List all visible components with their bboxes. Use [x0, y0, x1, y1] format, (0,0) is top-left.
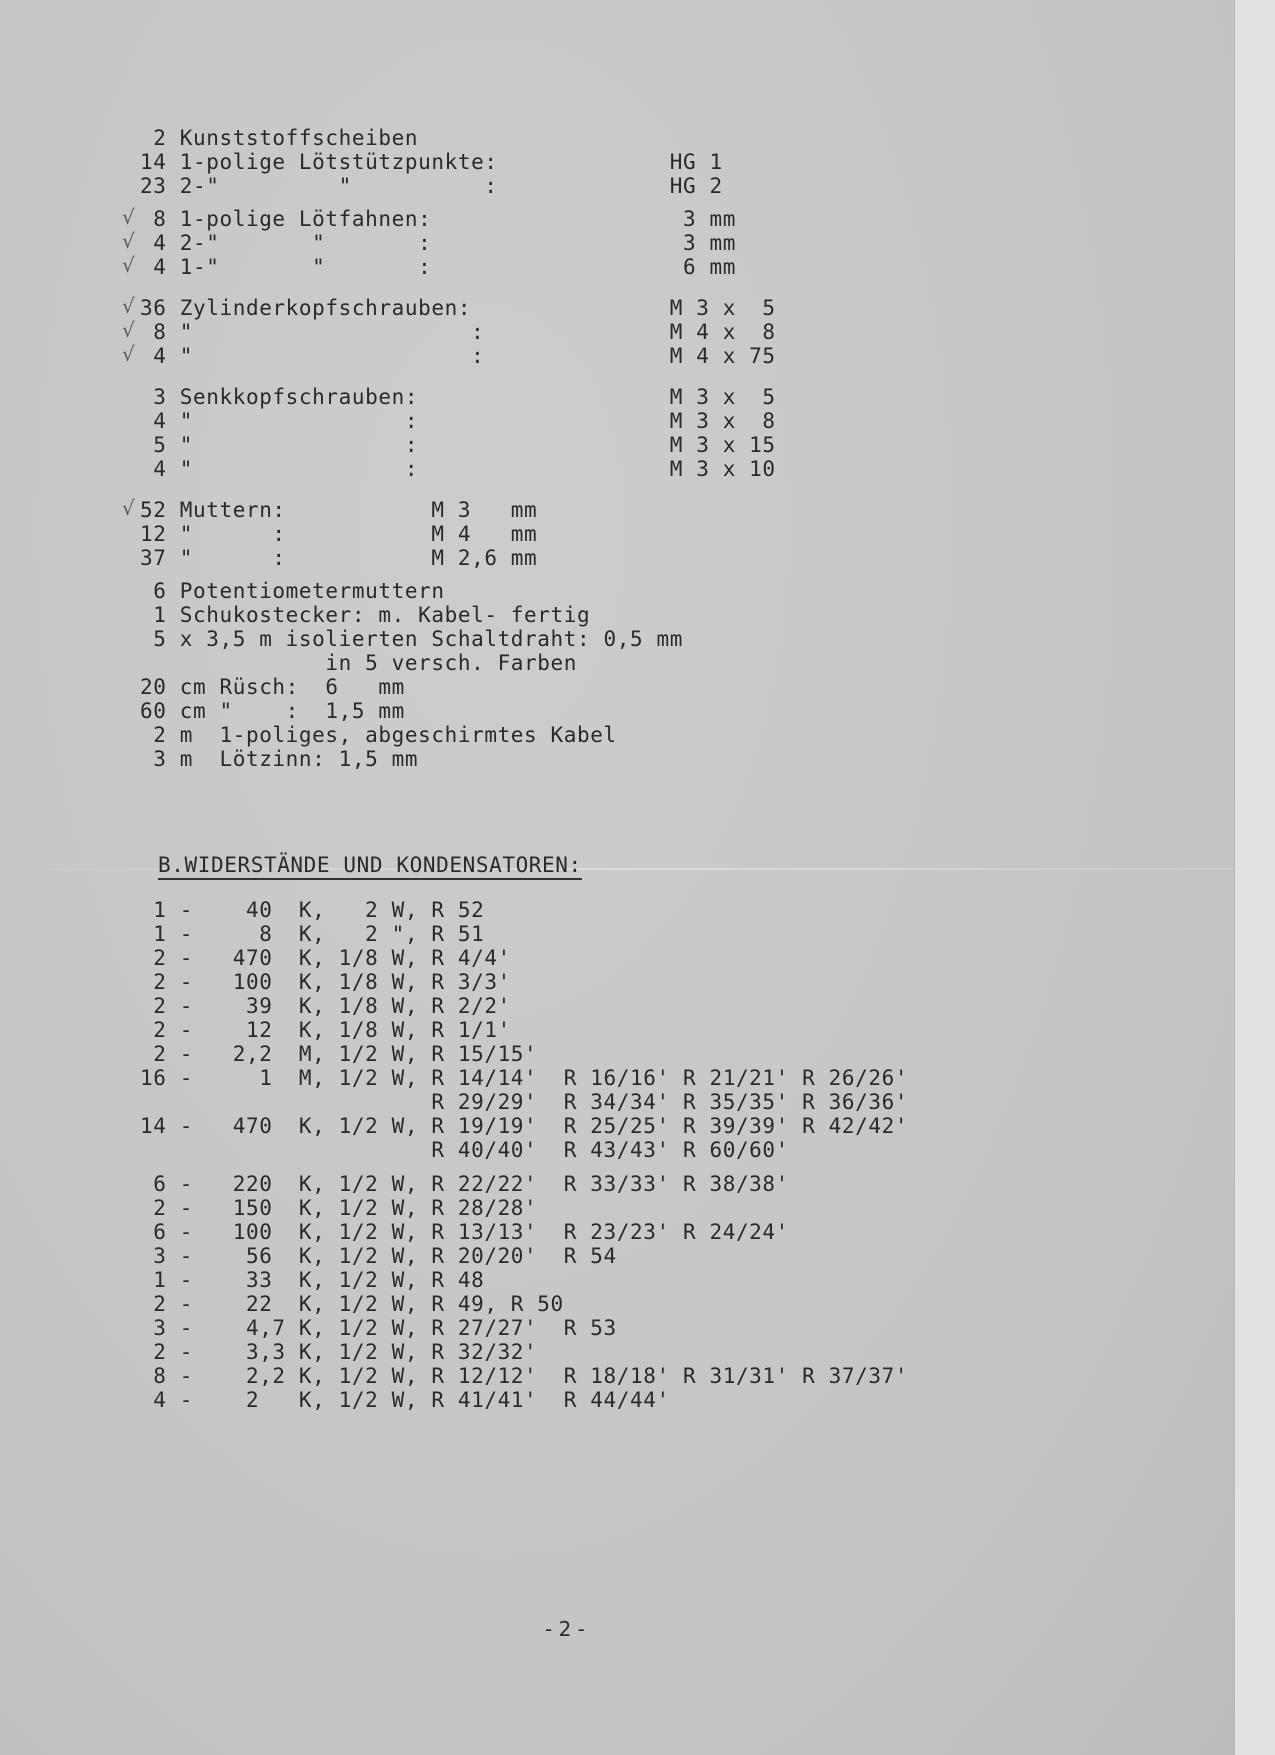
parts-list-item: 2 m 1-poliges, abgeschirmtes Kabel: [140, 723, 617, 747]
parts-list-item: 8 " : M 4 x 8: [140, 320, 776, 344]
parts-list-item: 1 Schukostecker: m. Kabel- fertig: [140, 603, 590, 627]
resistor-row: 2 - 470 K, 1/8 W, R 4/4': [140, 946, 511, 970]
resistor-row: 3 - 4,7 K, 1/2 W, R 27/27' R 53: [140, 1316, 617, 1340]
parts-list-item: 20 cm Rüsch: 6 mm: [140, 675, 405, 699]
parts-list-item: 37 " : M 2,6 mm: [140, 546, 537, 570]
parts-list-item: 4 " : M 4 x 75: [140, 344, 776, 368]
parts-list-item: 8 1-polige Lötfahnen: 3 mm: [140, 207, 736, 231]
resistor-row: 1 - 40 K, 2 W, R 52: [140, 898, 484, 922]
parts-list-item: 23 2-" " : HG 2: [140, 174, 723, 198]
pencil-check-icon: √: [122, 342, 135, 366]
resistor-row: 2 - 39 K, 1/8 W, R 2/2': [140, 994, 511, 1018]
resistor-row: 1 - 8 K, 2 ", R 51: [140, 922, 484, 946]
parts-list-item: 3 m Lötzinn: 1,5 mm: [140, 747, 418, 771]
parts-list-item: 36 Zylinderkopfschrauben: M 3 x 5: [140, 296, 776, 320]
parts-list-item: 14 1-polige Lötstützpunkte: HG 1: [140, 150, 723, 174]
paper-edge: [1234, 0, 1275, 1755]
pencil-check-icon: √: [122, 294, 135, 318]
resistor-row: 2 - 2,2 M, 1/2 W, R 15/15': [140, 1042, 537, 1066]
pencil-check-icon: √: [122, 318, 135, 342]
parts-list-item: in 5 versch. Farben: [140, 651, 577, 675]
resistor-row: 6 - 100 K, 1/2 W, R 13/13' R 23/23' R 24…: [140, 1220, 789, 1244]
pencil-check-icon: √: [122, 496, 135, 520]
parts-list-item: 4 " : M 3 x 8: [140, 409, 776, 433]
section-b-heading: B.WIDERSTÄNDE UND KONDENSATOREN:: [158, 853, 582, 880]
parts-list-item: 5 " : M 3 x 15: [140, 433, 776, 457]
parts-list-item: 52 Muttern: M 3 mm: [140, 498, 537, 522]
resistor-row: 3 - 56 K, 1/2 W, R 20/20' R 54: [140, 1244, 617, 1268]
parts-list-item: 4 2-" " : 3 mm: [140, 231, 736, 255]
resistor-row: 14 - 470 K, 1/2 W, R 19/19' R 25/25' R 3…: [140, 1114, 908, 1138]
resistor-row: 2 - 150 K, 1/2 W, R 28/28': [140, 1196, 537, 1220]
resistor-row: 2 - 22 K, 1/2 W, R 49, R 50: [140, 1292, 564, 1316]
page-number: - 2 -: [545, 1617, 585, 1641]
parts-list-item: 4 1-" " : 6 mm: [140, 255, 736, 279]
resistor-row: 16 - 1 M, 1/2 W, R 14/14' R 16/16' R 21/…: [140, 1066, 908, 1090]
resistor-row: 8 - 2,2 K, 1/2 W, R 12/12' R 18/18' R 31…: [140, 1364, 908, 1388]
parts-list-item: 6 Potentiometermuttern: [140, 579, 445, 603]
parts-list-item: 2 Kunststoffscheiben: [140, 126, 418, 150]
resistor-row: R 40/40' R 43/43' R 60/60': [140, 1138, 789, 1162]
pencil-check-icon: √: [122, 253, 135, 277]
resistor-row: 6 - 220 K, 1/2 W, R 22/22' R 33/33' R 38…: [140, 1172, 789, 1196]
resistor-row: R 29/29' R 34/34' R 35/35' R 36/36': [140, 1090, 908, 1114]
resistor-row: 2 - 3,3 K, 1/2 W, R 32/32': [140, 1340, 537, 1364]
parts-list-item: 3 Senkkopfschrauben: M 3 x 5: [140, 385, 776, 409]
resistor-row: 2 - 12 K, 1/8 W, R 1/1': [140, 1018, 511, 1042]
parts-list-item: 5 x 3,5 m isolierten Schaltdraht: 0,5 mm: [140, 627, 683, 651]
resistor-row: 4 - 2 K, 1/2 W, R 41/41' R 44/44': [140, 1388, 670, 1412]
parts-list-item: 60 cm " : 1,5 mm: [140, 699, 405, 723]
pencil-check-icon: √: [122, 229, 135, 253]
resistor-row: 1 - 33 K, 1/2 W, R 48: [140, 1268, 484, 1292]
pencil-check-icon: √: [122, 205, 135, 229]
resistor-row: 2 - 100 K, 1/8 W, R 3/3': [140, 970, 511, 994]
parts-list-item: 4 " : M 3 x 10: [140, 457, 776, 481]
parts-list-item: 12 " : M 4 mm: [140, 522, 537, 546]
